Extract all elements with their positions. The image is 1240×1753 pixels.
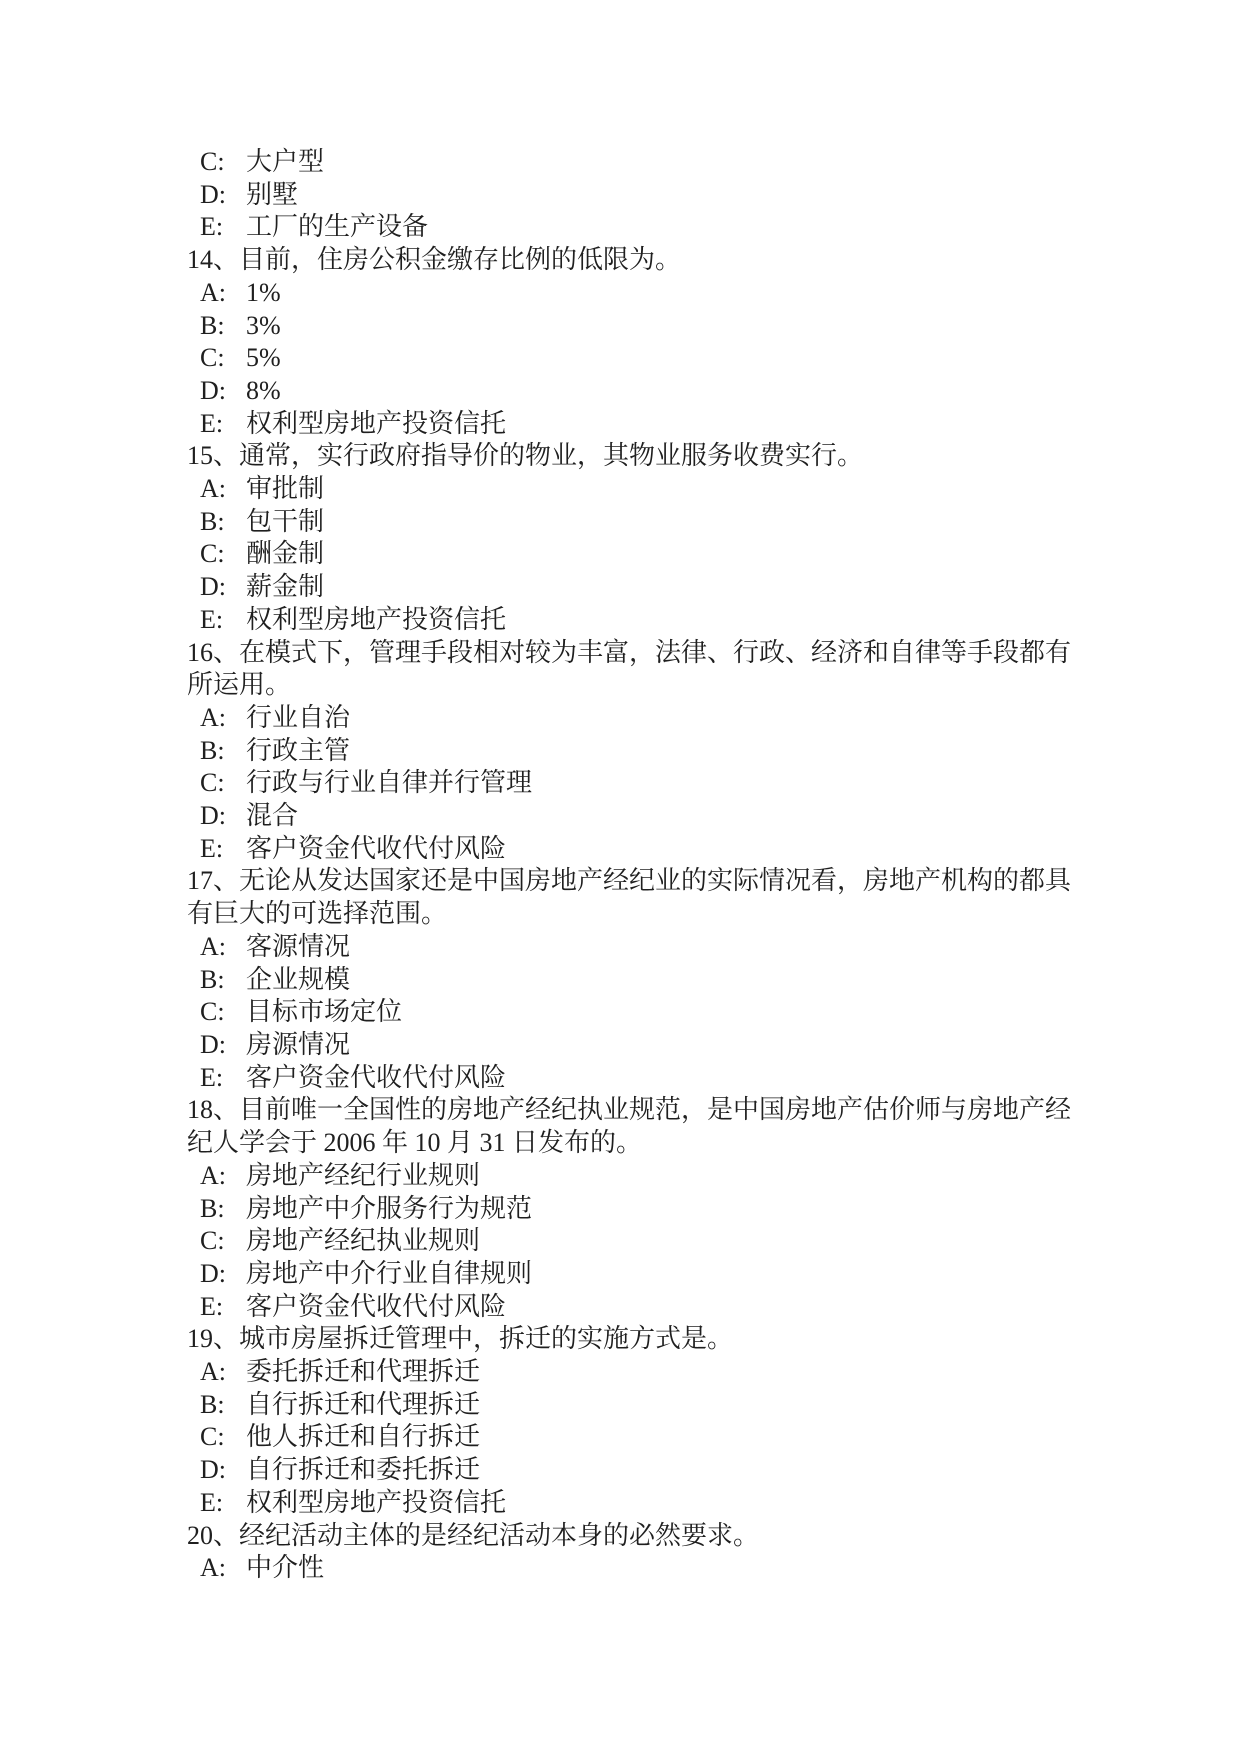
option-label: A: — [200, 1356, 246, 1389]
question-text: 在模式下，管理手段相对较为丰富，法律、行政、经济和自律等手段都有所运用。 — [187, 638, 1071, 700]
option-label: B: — [200, 1389, 246, 1422]
option-label: B: — [200, 506, 246, 539]
question-stem: 18、目前唯一全国性的房地产经纪执业规范，是中国房地产估价师与房地产经纪人学会于… — [187, 1094, 1077, 1159]
question-number: 14、 — [187, 245, 239, 274]
option-line: C:房地产经纪执业规则 — [187, 1225, 1077, 1258]
option-text: 行政与行业自律并行管理 — [246, 768, 532, 797]
option-label: D: — [200, 800, 246, 833]
option-line: D:薪金制 — [187, 571, 1077, 604]
option-line: C:酬金制 — [187, 538, 1077, 571]
option-label: A: — [200, 277, 246, 310]
question-number: 20、 — [187, 1521, 239, 1550]
option-line: B:行政主管 — [187, 735, 1077, 768]
question-text: 通常，实行政府指导价的物业，其物业服务收费实行。 — [239, 441, 863, 470]
option-label: B: — [200, 310, 246, 343]
option-label: C: — [200, 146, 246, 179]
question-stem: 16、在模式下，管理手段相对较为丰富，法律、行政、经济和自律等手段都有所运用。 — [187, 637, 1077, 702]
option-line: E:权利型房地产投资信托 — [187, 1487, 1077, 1520]
option-text: 房源情况 — [246, 1030, 350, 1059]
option-label: A: — [200, 1552, 246, 1585]
option-line: C:行政与行业自律并行管理 — [187, 767, 1077, 800]
option-text: 5% — [246, 343, 281, 372]
option-label: D: — [200, 1029, 246, 1062]
option-label: E: — [200, 1291, 246, 1324]
option-line: B:自行拆迁和代理拆迁 — [187, 1389, 1077, 1422]
option-text: 大户型 — [246, 147, 324, 176]
option-text: 1% — [246, 278, 281, 307]
option-line: A:客源情况 — [187, 931, 1077, 964]
option-line: B:房地产中介服务行为规范 — [187, 1193, 1077, 1226]
option-line: D:别墅 — [187, 179, 1077, 212]
option-line: A:委托拆迁和代理拆迁 — [187, 1356, 1077, 1389]
option-text: 客源情况 — [246, 932, 350, 961]
question-number: 18、 — [187, 1095, 239, 1124]
question-text: 经纪活动主体的是经纪活动本身的必然要求。 — [239, 1521, 759, 1550]
option-text: 目标市场定位 — [246, 997, 402, 1026]
question-text: 城市房屋拆迁管理中，拆迁的实施方式是。 — [239, 1324, 733, 1353]
option-line: E:客户资金代收代付风险 — [187, 833, 1077, 866]
option-label: D: — [200, 375, 246, 408]
option-text: 房地产中介服务行为规范 — [246, 1194, 532, 1223]
option-text: 客户资金代收代付风险 — [246, 1063, 506, 1092]
option-line: D:混合 — [187, 800, 1077, 833]
option-label: C: — [200, 1421, 246, 1454]
option-text: 行业自治 — [246, 703, 350, 732]
question-text: 目前唯一全国性的房地产经纪执业规范，是中国房地产估价师与房地产经纪人学会于 20… — [187, 1095, 1071, 1157]
option-text: 权利型房地产投资信托 — [246, 1488, 506, 1517]
option-line: E:权利型房地产投资信托 — [187, 604, 1077, 637]
option-line: D:房地产中介行业自律规则 — [187, 1258, 1077, 1291]
option-label: E: — [200, 604, 246, 637]
option-line: C:目标市场定位 — [187, 996, 1077, 1029]
option-label: C: — [200, 538, 246, 571]
option-text: 审批制 — [246, 474, 324, 503]
option-text: 房地产经纪行业规则 — [246, 1161, 480, 1190]
option-label: A: — [200, 1160, 246, 1193]
option-text: 权利型房地产投资信托 — [246, 605, 506, 634]
option-label: C: — [200, 996, 246, 1029]
option-line: C:大户型 — [187, 146, 1077, 179]
option-label: D: — [200, 1258, 246, 1291]
option-line: C:他人拆迁和自行拆迁 — [187, 1421, 1077, 1454]
option-text: 企业规模 — [246, 965, 350, 994]
option-line: D:房源情况 — [187, 1029, 1077, 1062]
option-text: 行政主管 — [246, 736, 350, 765]
option-line: C:5% — [187, 342, 1077, 375]
option-text: 中介性 — [246, 1553, 324, 1582]
option-line: E:客户资金代收代付风险 — [187, 1062, 1077, 1095]
option-line: A:房地产经纪行业规则 — [187, 1160, 1077, 1193]
option-line: D:8% — [187, 375, 1077, 408]
option-line: D:自行拆迁和委托拆迁 — [187, 1454, 1077, 1487]
option-label: E: — [200, 408, 246, 441]
option-label: C: — [200, 1225, 246, 1258]
option-label: C: — [200, 342, 246, 375]
question-stem: 14、目前，住房公积金缴存比例的低限为。 — [187, 244, 1077, 277]
option-text: 包干制 — [246, 507, 324, 536]
option-text: 别墅 — [246, 180, 298, 209]
question-number: 16、 — [187, 638, 239, 667]
question-text: 无论从发达国家还是中国房地产经纪业的实际情况看，房地产机构的都具有巨大的可选择范… — [187, 866, 1071, 928]
option-line: A:审批制 — [187, 473, 1077, 506]
option-text: 权利型房地产投资信托 — [246, 409, 506, 438]
question-stem: 17、无论从发达国家还是中国房地产经纪业的实际情况看，房地产机构的都具有巨大的可… — [187, 865, 1077, 930]
option-line: E:客户资金代收代付风险 — [187, 1291, 1077, 1324]
option-label: E: — [200, 1062, 246, 1095]
question-number: 17、 — [187, 866, 239, 895]
option-text: 混合 — [246, 801, 298, 830]
option-line: A:行业自治 — [187, 702, 1077, 735]
option-text: 工厂的生产设备 — [246, 212, 428, 241]
exam-question-list: C:大户型D:别墅E:工厂的生产设备14、目前，住房公积金缴存比例的低限为。A:… — [187, 146, 1077, 1585]
option-line: A:中介性 — [187, 1552, 1077, 1585]
question-number: 15、 — [187, 441, 239, 470]
option-text: 自行拆迁和代理拆迁 — [246, 1390, 480, 1419]
option-label: C: — [200, 767, 246, 800]
option-text: 自行拆迁和委托拆迁 — [246, 1455, 480, 1484]
option-text: 客户资金代收代付风险 — [246, 834, 506, 863]
option-line: A:1% — [187, 277, 1077, 310]
option-label: B: — [200, 964, 246, 997]
option-text: 房地产经纪执业规则 — [246, 1226, 480, 1255]
option-text: 酬金制 — [246, 539, 324, 568]
option-line: B:包干制 — [187, 506, 1077, 539]
option-line: B:企业规模 — [187, 964, 1077, 997]
option-text: 薪金制 — [246, 572, 324, 601]
document-page: C:大户型D:别墅E:工厂的生产设备14、目前，住房公积金缴存比例的低限为。A:… — [0, 0, 1240, 1753]
option-text: 他人拆迁和自行拆迁 — [246, 1422, 480, 1451]
option-line: E:工厂的生产设备 — [187, 211, 1077, 244]
option-line: B:3% — [187, 310, 1077, 343]
option-line: E:权利型房地产投资信托 — [187, 408, 1077, 441]
option-text: 3% — [246, 311, 281, 340]
option-label: D: — [200, 179, 246, 212]
option-text: 委托拆迁和代理拆迁 — [246, 1357, 480, 1386]
option-label: A: — [200, 702, 246, 735]
question-text: 目前，住房公积金缴存比例的低限为。 — [239, 245, 681, 274]
option-text: 客户资金代收代付风险 — [246, 1292, 506, 1321]
option-label: E: — [200, 1487, 246, 1520]
option-label: D: — [200, 1454, 246, 1487]
question-stem: 15、通常，实行政府指导价的物业，其物业服务收费实行。 — [187, 440, 1077, 473]
option-text: 房地产中介行业自律规则 — [246, 1259, 532, 1288]
option-label: A: — [200, 931, 246, 964]
option-label: E: — [200, 211, 246, 244]
option-label: E: — [200, 833, 246, 866]
question-stem: 20、经纪活动主体的是经纪活动本身的必然要求。 — [187, 1520, 1077, 1553]
question-number: 19、 — [187, 1324, 239, 1353]
option-label: A: — [200, 473, 246, 506]
option-label: D: — [200, 571, 246, 604]
option-text: 8% — [246, 376, 281, 405]
option-label: B: — [200, 735, 246, 768]
option-label: B: — [200, 1193, 246, 1226]
question-stem: 19、城市房屋拆迁管理中，拆迁的实施方式是。 — [187, 1323, 1077, 1356]
